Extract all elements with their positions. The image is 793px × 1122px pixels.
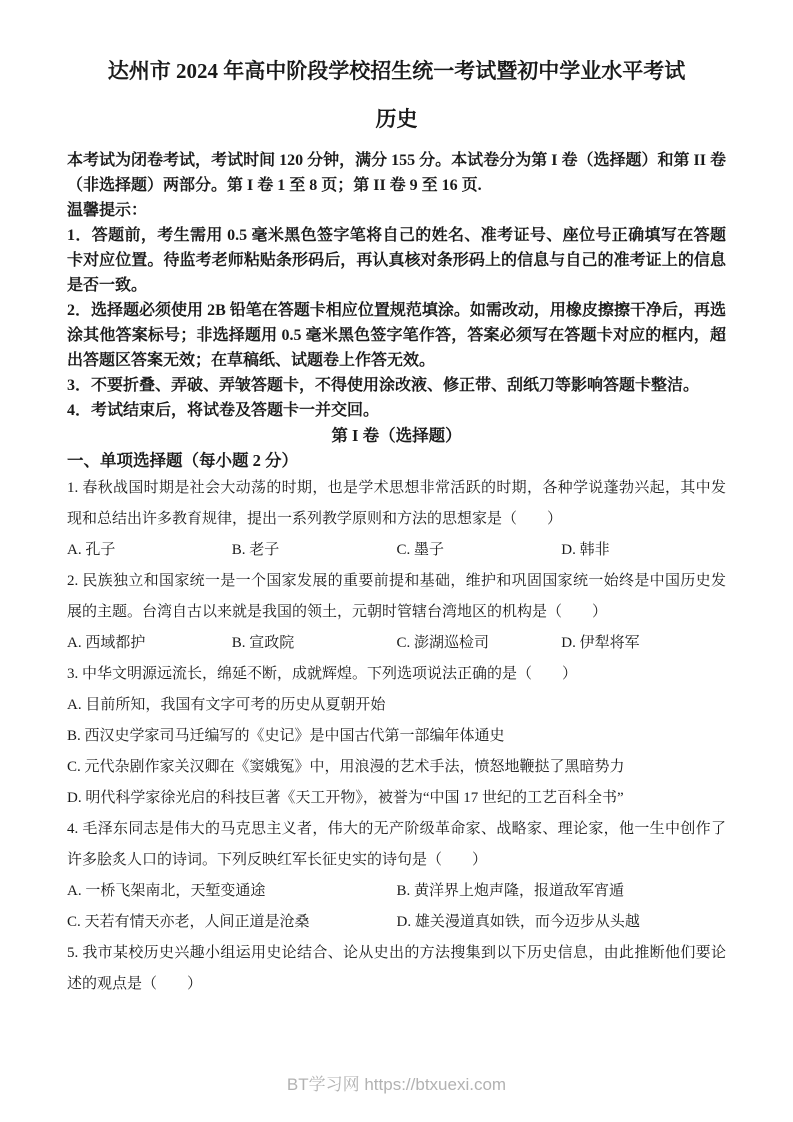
question-3-option-c: C. 元代杂剧作家关汉卿在《窦娥冤》中，用浪漫的艺术手法，愤怒地鞭挞了黑暗势力: [67, 752, 726, 783]
exam-title: 达州市 2024 年高中阶段学校招生统一考试暨初中学业水平考试: [67, 56, 726, 86]
question-3-option-a: A. 目前所知，我国有文字可考的历史从夏朝开始: [67, 690, 726, 721]
question-4-option-a: A. 一桥飞架南北，天堑变通途: [67, 876, 397, 907]
question-5: 5. 我市某校历史兴趣小组运用史论结合、论从史出的方法搜集到以下历史信息，由此推…: [67, 938, 726, 1000]
question-2-option-c: C. 澎湖巡检司: [397, 628, 562, 659]
notice-item-1: 1．答题前，考生需用 0.5 毫米黑色签字笔将自己的姓名、准考证号、座位号正确填…: [67, 223, 726, 298]
question-2-option-d: D. 伊犁将军: [561, 628, 726, 659]
question-2-stem: 2. 民族独立和国家统一是一个国家发展的重要前提和基础，维护和巩固国家统一始终是…: [67, 566, 726, 628]
question-1-option-c: C. 墨子: [397, 535, 562, 566]
question-4-stem: 4. 毛泽东同志是伟大的马克思主义者，伟大的无产阶级革命家、战略家、理论家，他一…: [67, 814, 726, 876]
question-2-option-a: A. 西域都护: [67, 628, 232, 659]
question-5-stem: 5. 我市某校历史兴趣小组运用史论结合、论从史出的方法搜集到以下历史信息，由此推…: [67, 938, 726, 1000]
question-1-option-d: D. 韩非: [561, 535, 726, 566]
question-2-options: A. 西域都护 B. 宣政院 C. 澎湖巡检司 D. 伊犁将军: [67, 628, 726, 659]
multiple-choice-heading: 一、单项选择题（每小题 2 分）: [67, 448, 726, 473]
exam-paper-page: 达州市 2024 年高中阶段学校招生统一考试暨初中学业水平考试 历史 本考试为闭…: [0, 0, 793, 1000]
question-4-option-b: B. 黄洋界上炮声隆，报道敌军宵遁: [397, 876, 727, 907]
question-1-stem: 1. 春秋战国时期是社会大动荡的时期，也是学术思想非常活跃的时期，各种学说蓬勃兴…: [67, 473, 726, 535]
notice-item-3: 3．不要折叠、弄破、弄皱答题卡，不得使用涂改液、修正带、刮纸刀等影响答题卡整洁。: [67, 373, 726, 398]
exam-instructions: 本考试为闭卷考试，考试时间 120 分钟，满分 155 分。本试卷分为第 I 卷…: [67, 148, 726, 423]
question-3-option-b: B. 西汉史学家司马迁编写的《史记》是中国古代第一部编年体通史: [67, 721, 726, 752]
exam-subject-title: 历史: [67, 104, 726, 134]
question-3-options: A. 目前所知，我国有文字可考的历史从夏朝开始 B. 西汉史学家司马迁编写的《史…: [67, 690, 726, 814]
question-2-option-b: B. 宣政院: [232, 628, 397, 659]
question-4-option-d: D. 雄关漫道真如铁，而今迈步从头越: [397, 907, 727, 938]
question-3: 3. 中华文明源远流长，绵延不断，成就辉煌。下列选项说法正确的是（ ） A. 目…: [67, 659, 726, 814]
question-4: 4. 毛泽东同志是伟大的马克思主义者，伟大的无产阶级革命家、战略家、理论家，他一…: [67, 814, 726, 938]
notice-item-2: 2．选择题必须使用 2B 铅笔在答题卡相应位置规范填涂。如需改动，用橡皮擦擦干净…: [67, 298, 726, 373]
questions-list: 1. 春秋战国时期是社会大动荡的时期，也是学术思想非常活跃的时期，各种学说蓬勃兴…: [67, 473, 726, 1000]
notice-item-4: 4．考试结束后，将试卷及答题卡一并交回。: [67, 398, 726, 423]
question-1-option-a: A. 孔子: [67, 535, 232, 566]
section-1-heading: 第 I 卷（选择题）: [67, 423, 726, 448]
question-1-option-b: B. 老子: [232, 535, 397, 566]
question-3-option-d: D. 明代科学家徐光启的科技巨著《天工开物》，被誉为“中国 17 世纪的工艺百科…: [67, 783, 726, 814]
watermark-footer: BT学习网 https://btxuexi.com: [0, 1070, 793, 1095]
notice-label: 温馨提示：: [67, 198, 726, 223]
question-4-options-row-1: A. 一桥飞架南北，天堑变通途 B. 黄洋界上炮声隆，报道敌军宵遁: [67, 876, 726, 907]
question-3-stem: 3. 中华文明源远流长，绵延不断，成就辉煌。下列选项说法正确的是（ ）: [67, 659, 726, 690]
question-1-options: A. 孔子 B. 老子 C. 墨子 D. 韩非: [67, 535, 726, 566]
exam-intro: 本考试为闭卷考试，考试时间 120 分钟，满分 155 分。本试卷分为第 I 卷…: [67, 148, 726, 198]
question-4-options-row-2: C. 天若有情天亦老，人间正道是沧桑 D. 雄关漫道真如铁，而今迈步从头越: [67, 907, 726, 938]
question-4-option-c: C. 天若有情天亦老，人间正道是沧桑: [67, 907, 397, 938]
question-1: 1. 春秋战国时期是社会大动荡的时期，也是学术思想非常活跃的时期，各种学说蓬勃兴…: [67, 473, 726, 566]
question-2: 2. 民族独立和国家统一是一个国家发展的重要前提和基础，维护和巩固国家统一始终是…: [67, 566, 726, 659]
